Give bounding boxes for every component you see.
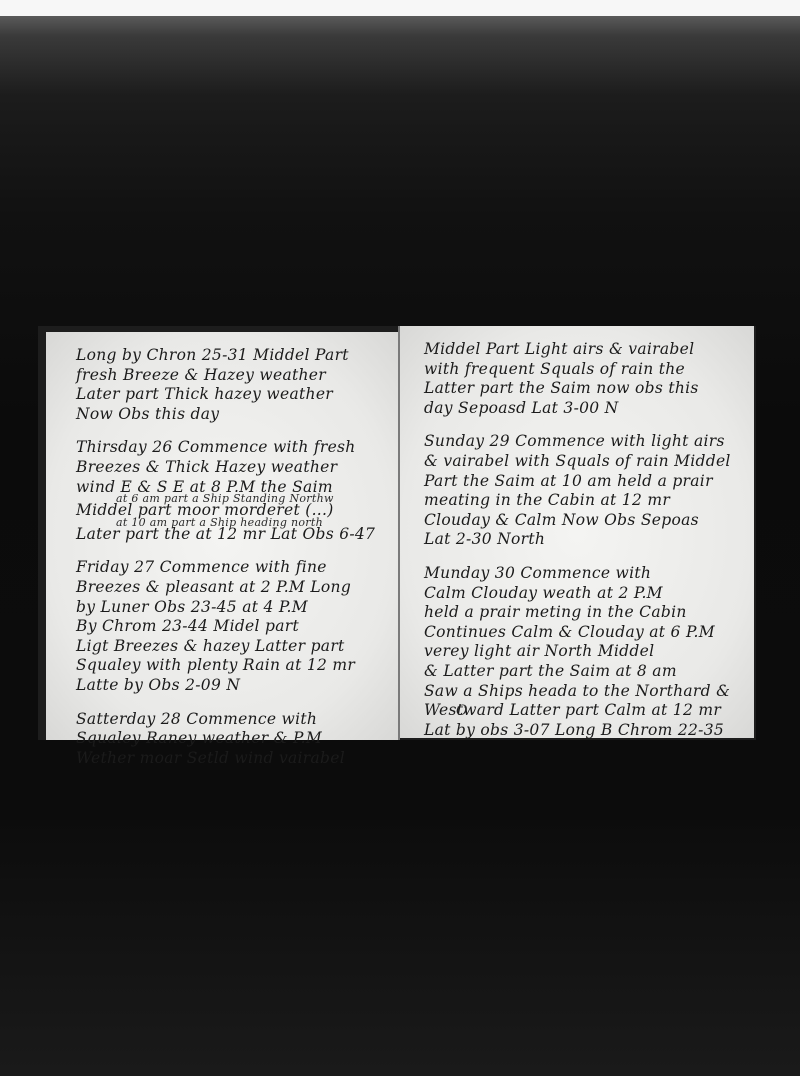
- entry-line: Long by Chron 25-31 Middel Part: [76, 346, 380, 366]
- entry-line: Middel Part Light airs & vairabel: [424, 340, 736, 360]
- entry-line: Satterday 28 Commence with: [76, 710, 380, 730]
- entry-line: Sunday 29 Commence with light airs: [424, 432, 736, 452]
- right-page: Middel Part Light airs & vairabel with f…: [400, 326, 754, 738]
- entry-line: Clouday & Calm Now Obs Sepoas: [424, 511, 736, 531]
- entry-line: Lat by obs 3-07 Long B Chrom 22-35: [424, 721, 736, 741]
- entry-line: Calm Clouday weath at 2 P.M: [424, 584, 736, 604]
- log-entry-thursday-26: Thirsday 26 Commence with fresh Breezes …: [76, 438, 380, 544]
- entry-line: with frequent Squals of rain the: [424, 360, 736, 380]
- log-entry-continuation: Middel Part Light airs & vairabel with f…: [424, 340, 736, 418]
- entry-line: day Sepoasd Lat 3-00 N: [424, 399, 736, 419]
- entry-line: Now Obs this day: [76, 405, 380, 425]
- entry-line: Ligt Breezes & hazey Latter part: [76, 637, 380, 657]
- entry-line: Westward Latter part Calm at 12 mr: [424, 701, 736, 721]
- log-entry-saturday-28: Satterday 28 Commence with Squaley Raney…: [76, 710, 380, 769]
- entry-line: Lat 2-30 North: [424, 530, 736, 550]
- logbook-spread: Long by Chron 25-31 Middel Part fresh Br…: [38, 326, 756, 740]
- entry-line: verey light air North Middel: [424, 642, 736, 662]
- entry-line: meating in the Cabin at 12 mr: [424, 491, 736, 511]
- entry-line: Squaley with plenty Rain at 12 mr: [76, 656, 380, 676]
- entry-line: Munday 30 Commence with: [424, 564, 736, 584]
- entry-line: fresh Breeze & Hazey weather: [76, 366, 380, 386]
- log-entry-continuation: Long by Chron 25-31 Middel Part fresh Br…: [76, 346, 380, 424]
- entry-line: held a prair meting in the Cabin: [424, 603, 736, 623]
- log-entry-monday-30: Munday 30 Commence with Calm Clouday wea…: [424, 564, 736, 740]
- margin-mark: O: [456, 702, 468, 722]
- entry-line: Continues Calm & Clouday at 6 P.M: [424, 623, 736, 643]
- entry-line: Later part the at 12 mr Lat Obs 6-47: [76, 525, 380, 545]
- entry-line: Part the Saim at 10 am held a prair: [424, 472, 736, 492]
- entry-line: by Luner Obs 23-45 at 4 P.M: [76, 598, 380, 618]
- entry-line: By Chrom 23-44 Midel part: [76, 617, 380, 637]
- entry-line: Latter part the Saim now obs this: [424, 379, 736, 399]
- entry-line: Thirsday 26 Commence with fresh: [76, 438, 380, 458]
- entry-line: Friday 27 Commence with fine: [76, 558, 380, 578]
- entry-line: Breezes & pleasant at 2 P.M Long: [76, 578, 380, 598]
- log-entry-friday-27: Friday 27 Commence with fine Breezes & p…: [76, 558, 380, 695]
- entry-line: Latte by Obs 2-09 N: [76, 676, 380, 696]
- scan-top-margin: [0, 0, 800, 16]
- entry-line: Later part Thick hazey weather: [76, 385, 380, 405]
- entry-line: Squaley Raney weather & P.M: [76, 729, 380, 749]
- entry-line: & vairabel with Squals of rain Middel: [424, 452, 736, 472]
- entry-line: Wether moar Setld wind vairabel: [76, 749, 380, 769]
- left-page: Long by Chron 25-31 Middel Part fresh Br…: [46, 332, 398, 740]
- entry-line: & Latter part the Saim at 8 am: [424, 662, 736, 682]
- entry-line: Breezes & Thick Hazey weather: [76, 458, 380, 478]
- log-entry-sunday-29: Sunday 29 Commence with light airs & vai…: [424, 432, 736, 550]
- entry-line: Saw a Ships heada to the Northard &: [424, 682, 736, 702]
